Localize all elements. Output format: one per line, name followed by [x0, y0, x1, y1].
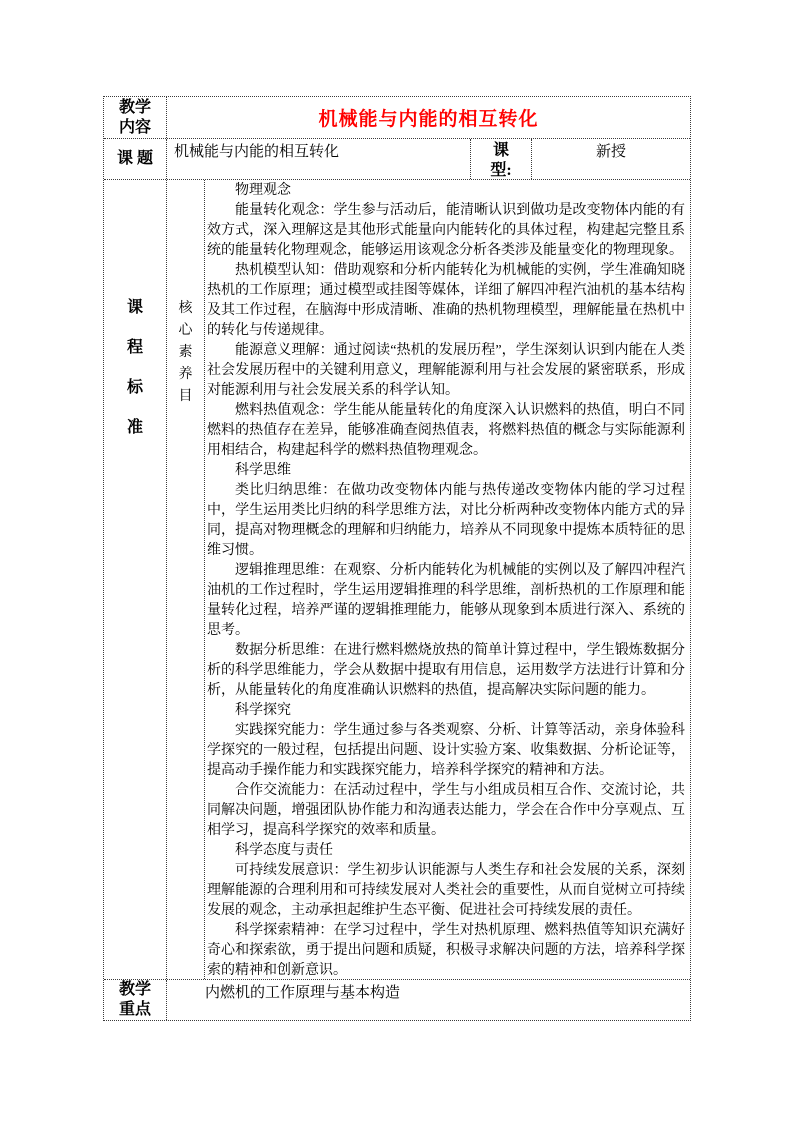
standards-paragraph: 合作交流能力：在活动过程中，学生与小组成员相互合作、交流讨论，共同解决问题，增强… — [207, 781, 685, 841]
standards-paragraph: 科学思维 — [207, 461, 685, 481]
curriculum-standard-label: 课程标准 — [127, 288, 144, 448]
standards-paragraph: 能源意义理解：通过阅读“热机的发展历程”，学生深刻认识到内能在人类社会发展历程中… — [207, 341, 685, 401]
standards-paragraph: 类比归纳思维：在做功改变物体内能与热传递改变物体内能的学习过程中，学生运用类比归… — [207, 481, 685, 561]
teaching-focus-label-cell: 教学重点 — [104, 980, 166, 1020]
standards-row: 课程标准 核心素养目 物理观念能量转化观念：学生参与活动后，能清晰认识到做功是改… — [104, 179, 690, 979]
standards-paragraph: 科学探索精神：在学习过程中，学生对热机原理、燃料热值等知识充满好奇心和探索欲，勇… — [207, 921, 685, 979]
topic-value: 机械能与内能的相互转化 — [166, 139, 470, 179]
teaching-focus-value: 内燃机的工作原理与基本构造 — [166, 980, 690, 1020]
topic-label: 课 题 — [114, 149, 156, 169]
standards-paragraph: 热机模型认知：借助观察和分析内能转化为机械能的实例，学生准确知晓热机的工作原理；… — [207, 261, 685, 341]
lesson-type-label: 课 型: — [470, 139, 531, 179]
standards-paragraph: 数据分析思维：在进行燃料燃烧放热的简单计算过程中，学生锻炼数据分析的科学思维能力… — [207, 641, 685, 701]
focus-row: 教学重点 内燃机的工作原理与基本构造 — [104, 979, 690, 1020]
core-literacy-label-cell: 核心素养目 — [166, 180, 204, 979]
core-literacy-label: 核心素养目 — [178, 298, 193, 408]
standards-paragraph: 实践探究能力：学生通过参与各类观察、分析、计算等活动，亲身体验科学探究的一般过程… — [207, 721, 685, 781]
lesson-plan-table: 教学内容 机械能与内能的相互转化 课 题 机械能与内能的相互转化 课 型: 新授… — [103, 96, 691, 1021]
topic-row: 课 题 机械能与内能的相互转化 课 型: 新授 — [104, 138, 690, 179]
topic-label-cell: 课 题 — [104, 139, 166, 179]
teaching-content-label: 教学内容 — [114, 98, 156, 138]
standards-paragraph: 科学态度与责任 — [207, 841, 685, 861]
standards-paragraph: 科学探究 — [207, 701, 685, 721]
teaching-content-label-cell: 教学内容 — [104, 97, 166, 138]
standards-paragraph: 能量转化观念：学生参与活动后，能清晰认识到做功是改变物体内能的有效方式，深入理解… — [207, 201, 685, 261]
header-row: 教学内容 机械能与内能的相互转化 — [104, 97, 690, 138]
document-title: 机械能与内能的相互转化 — [166, 97, 690, 138]
lesson-type-value: 新授 — [531, 139, 690, 179]
curriculum-standard-label-cell: 课程标准 — [104, 180, 166, 979]
teaching-focus-label: 教学重点 — [114, 980, 156, 1020]
standards-paragraph: 逻辑推理思维：在观察、分析内能转化为机械能的实例以及了解四冲程汽油机的工作过程时… — [207, 561, 685, 641]
standards-paragraph: 物理观念 — [207, 181, 685, 201]
standards-content: 物理观念能量转化观念：学生参与活动后，能清晰认识到做功是改变物体内能的有效方式，… — [204, 180, 690, 979]
standards-paragraph: 燃料热值观念：学生能从能量转化的角度深入认识燃料的热值，明白不同燃料的热值存在差… — [207, 401, 685, 461]
standards-paragraph: 可持续发展意识：学生初步认识能源与人类生存和社会发展的关系，深刻理解能源的合理利… — [207, 861, 685, 921]
